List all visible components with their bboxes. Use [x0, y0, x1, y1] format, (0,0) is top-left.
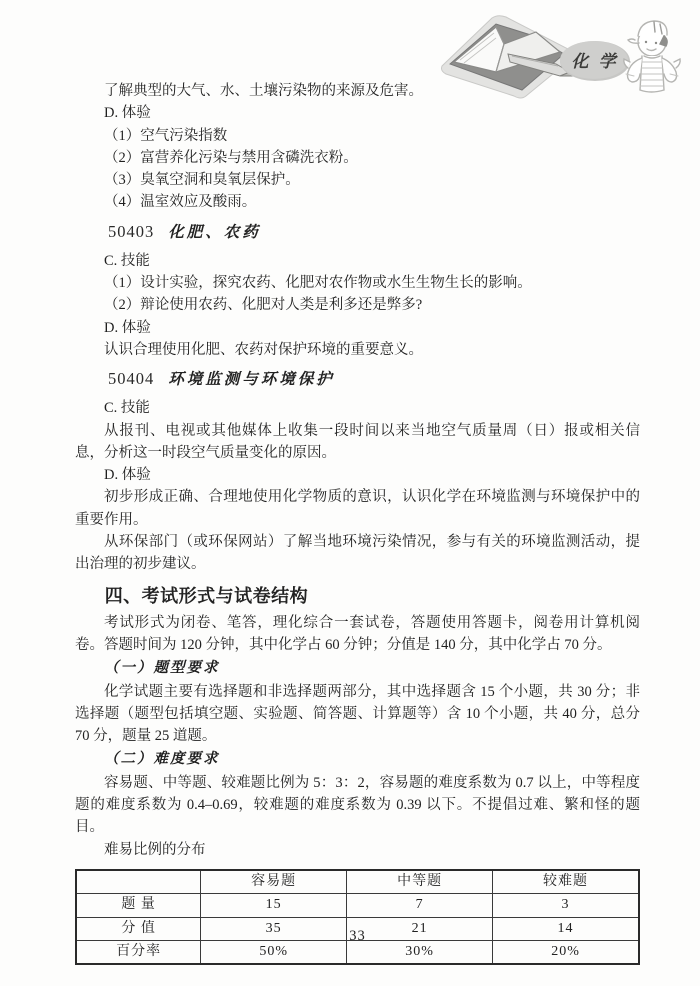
- section-number: 50404: [108, 369, 154, 388]
- subject-badge: 化 学: [560, 41, 630, 81]
- major-section-heading: 四、考试形式与试卷结构: [75, 583, 640, 609]
- text-line: 从报刊、电视或其他媒体上收集一段时间以来当地空气质量周（日）报或相关信息，分析这…: [75, 420, 640, 465]
- table-value-cell: 3: [493, 894, 639, 917]
- text-line: 化学试题主要有选择题和非选择题两部分，其中选择题含 15 个小题，共 30 分；…: [75, 681, 640, 748]
- table-header-cell: 较难题: [493, 870, 639, 894]
- section-number: 50403: [108, 222, 154, 241]
- text-line: 难易比例的分布: [75, 839, 640, 861]
- text-line: C. 技能: [75, 250, 640, 272]
- text-line: 从环保部门（或环保网站）了解当地环境污染情况，参与有关的环境监测活动，提出治理的…: [75, 531, 640, 576]
- table-header-cell: 中等题: [347, 870, 493, 894]
- section-title: 化肥、农药: [168, 224, 261, 241]
- sub-heading: （一）题型要求: [75, 657, 640, 679]
- subject-label: 化 学: [571, 52, 618, 71]
- section-number-heading: 50403化肥、农药: [75, 220, 640, 245]
- row-label-cell: 题 量: [76, 894, 201, 917]
- text-line: D. 体验: [75, 317, 640, 339]
- text-line: （1）设计实验，探究农药、化肥对农作物或水生生物生长的影响。: [75, 272, 640, 294]
- text-line: C. 技能: [75, 397, 640, 419]
- text-line: 考试形式为闭卷、笔答，理化综合一套试卷，答题使用答题卡，阅卷用计算机阅卷。答题时…: [75, 612, 640, 657]
- text-line: 初步形成正确、合理地使用化学物质的意识，认识化学在环境监测与环境保护中的重要作用…: [75, 486, 640, 531]
- text-line: （1）空气污染指数: [75, 125, 640, 147]
- table-row: 题 量1573: [76, 894, 639, 917]
- difficulty-table: 容易题中等题较难题题 量1573分 值352114百分率50%30%20%: [75, 869, 640, 965]
- text-line: （3）臭氧空洞和臭氧层保护。: [75, 169, 640, 191]
- table-header-row: 容易题中等题较难题: [76, 870, 639, 894]
- section-number-heading: 50404环境监测与环境保护: [75, 367, 640, 392]
- text-line: D. 体验: [75, 464, 640, 486]
- document-page: 化 学 了解典型的大气、水、: [0, 0, 700, 986]
- text-line: 了解典型的大气、水、土壤污染物的来源及危害。: [75, 80, 640, 102]
- text-line: （4）温室效应及酸雨。: [75, 191, 640, 213]
- sub-heading: （二）难度要求: [75, 748, 640, 770]
- content-column: 了解典型的大气、水、土壤污染物的来源及危害。D. 体验（1）空气污染指数（2）富…: [75, 80, 640, 965]
- table-value-cell: 7: [347, 894, 493, 917]
- table-header-cell: [76, 870, 201, 894]
- text-line: （2）辩论使用农药、化肥对人类是利多还是弊多?: [75, 294, 640, 316]
- text-line: （2）富营养化污染与禁用含磷洗衣粉。: [75, 147, 640, 169]
- table-header-cell: 容易题: [201, 870, 347, 894]
- text-line: D. 体验: [75, 102, 640, 124]
- table-value-cell: 15: [201, 894, 347, 917]
- page-number: 33: [75, 928, 640, 945]
- text-line: 容易题、中等题、较难题比例为 5：3：2，容易题的难度系数为 0.7 以上，中等…: [75, 772, 640, 839]
- section-title: 环境监测与环境保护: [168, 371, 335, 388]
- text-line: 认识合理使用化肥、农药对保护环境的重要意义。: [75, 339, 640, 361]
